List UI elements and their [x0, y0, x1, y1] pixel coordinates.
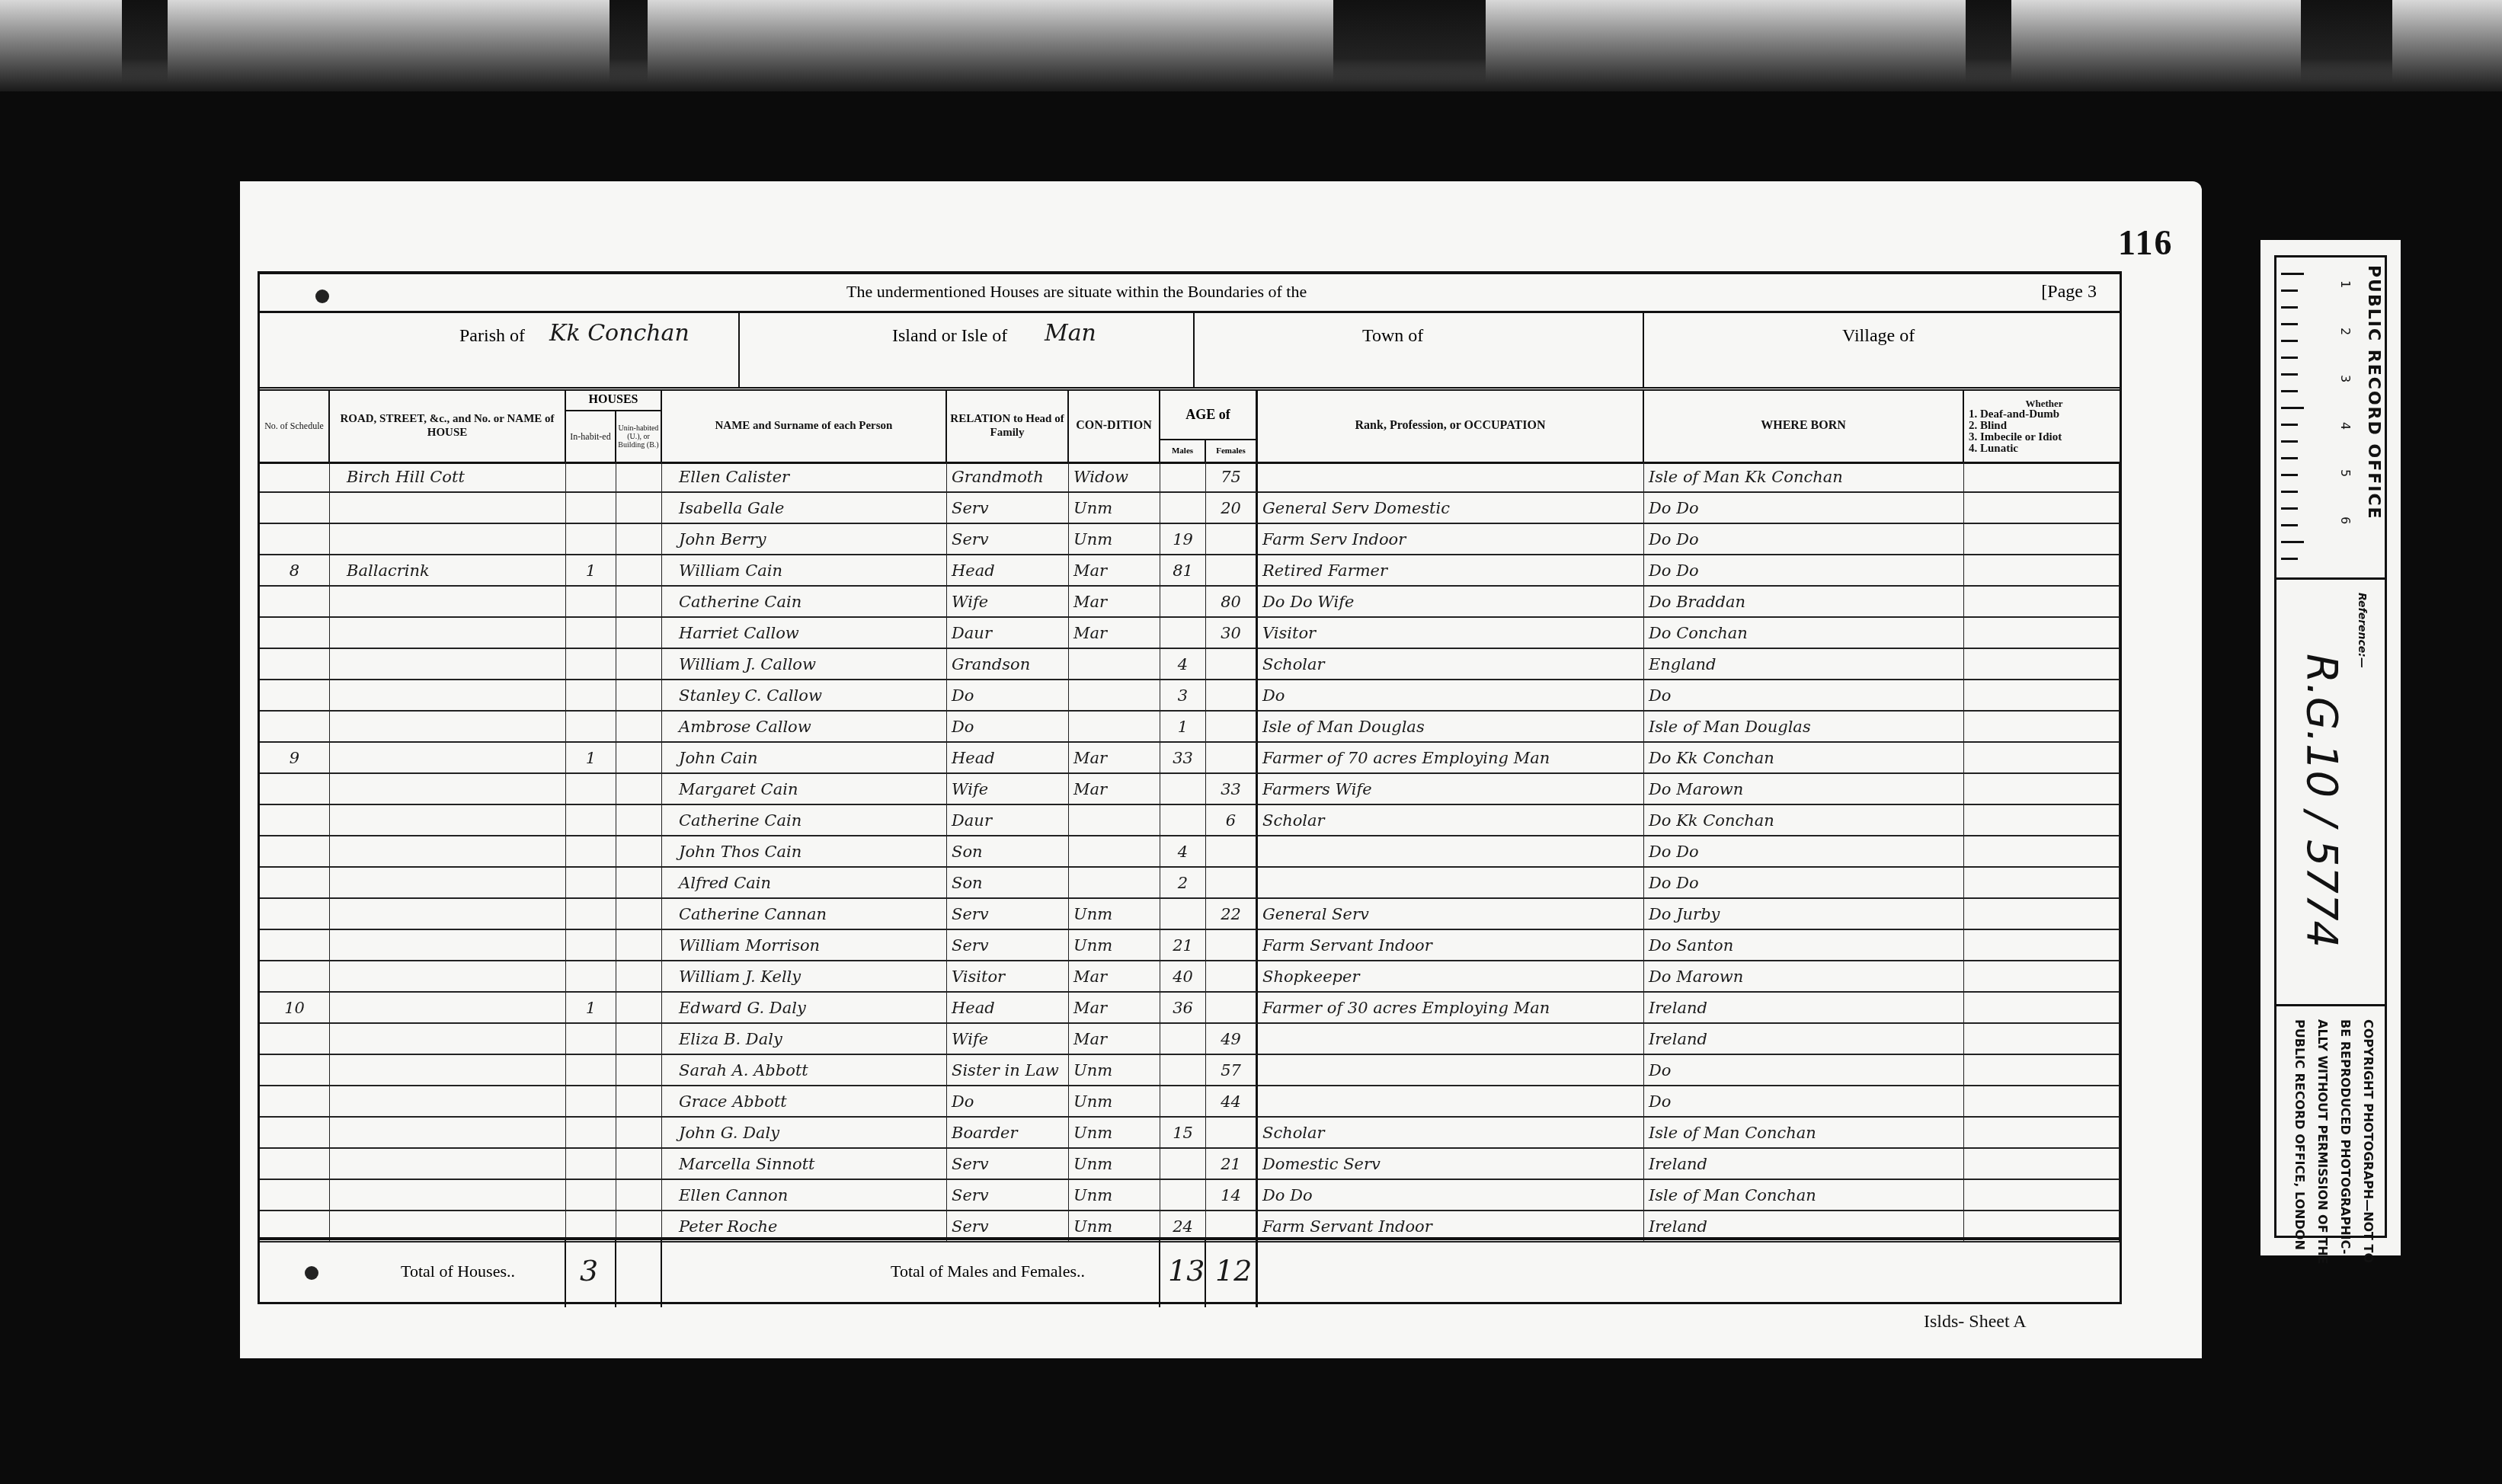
infirmity-cell	[1964, 680, 2120, 712]
col-age-females: Females	[1206, 440, 1258, 462]
schedule-cell	[260, 1149, 330, 1180]
infirmity-cell	[1964, 1149, 2120, 1180]
infirmity-cell	[1964, 493, 2120, 524]
relation-cell: Serv	[947, 1180, 1069, 1211]
inhabited-cell	[566, 618, 616, 649]
col-inhabited: In-habit-ed	[566, 411, 616, 462]
age-female-cell: 6	[1206, 805, 1258, 836]
inhabited-cell	[566, 493, 616, 524]
relation-cell: Visitor	[947, 961, 1069, 993]
where-born-cell: Do Santon	[1644, 930, 1964, 961]
occupation-cell	[1258, 868, 1644, 899]
person-name-cell: John Thos Cain	[662, 836, 947, 868]
age-male-cell	[1160, 1180, 1206, 1211]
uninhabited-cell	[616, 493, 662, 524]
table-row: 8Ballacrink1William CainHeadMar81Retired…	[260, 555, 2120, 587]
person-name-cell: Catherine Cain	[662, 805, 947, 836]
age-male-cell: 36	[1160, 993, 1206, 1024]
scale-tick	[2281, 373, 2298, 376]
road-cell	[330, 993, 566, 1024]
infirmity-cell	[1964, 618, 2120, 649]
uninhabited-cell	[616, 1086, 662, 1118]
person-name-cell: Edward G. Daly	[662, 993, 947, 1024]
scale-tick	[2281, 558, 2298, 560]
uninhabited-cell	[616, 649, 662, 680]
background-streak	[1966, 0, 2011, 84]
where-born-cell: Do	[1644, 1086, 1964, 1118]
condition-cell: Mar	[1069, 961, 1160, 993]
relation-cell: Wife	[947, 1024, 1069, 1055]
condition-cell: Unm	[1069, 1118, 1160, 1149]
person-name-cell: Eliza B. Daly	[662, 1024, 947, 1055]
age-male-cell	[1160, 618, 1206, 649]
background-streak	[122, 0, 168, 84]
road-cell	[330, 774, 566, 805]
road-cell	[330, 899, 566, 930]
schedule-cell	[260, 649, 330, 680]
road-cell	[330, 1055, 566, 1086]
age-male-cell: 1	[1160, 712, 1206, 743]
condition-cell: Unm	[1069, 1086, 1160, 1118]
age-male-cell	[1160, 1055, 1206, 1086]
inhabited-cell	[566, 836, 616, 868]
infirmity-option: 1. Deaf-and-Dumb	[1969, 409, 2059, 421]
infirmity-cell	[1964, 743, 2120, 774]
inhabited-cell: 1	[566, 555, 616, 587]
uninhabited-cell	[616, 1180, 662, 1211]
occupation-cell: Do Do Wife	[1258, 587, 1644, 618]
where-born-cell: England	[1644, 649, 1964, 680]
person-name-cell: Sarah A. Abbott	[662, 1055, 947, 1086]
scale-tick	[2281, 289, 2298, 292]
inhabited-cell	[566, 899, 616, 930]
relation-cell: Wife	[947, 774, 1069, 805]
scale-tick	[2281, 524, 2298, 526]
age-male-cell	[1160, 899, 1206, 930]
where-born-cell: Do Braddan	[1644, 587, 1964, 618]
infirmity-cell	[1964, 712, 2120, 743]
scale-tick	[2281, 340, 2298, 342]
total-females-cell: 12	[1206, 1240, 1258, 1307]
parish-value: Kk Conchan	[549, 320, 689, 347]
relation-cell: Serv	[947, 899, 1069, 930]
form-title: The undermentioned Houses are situate wi…	[846, 282, 1307, 302]
scale-tick	[2281, 474, 2298, 476]
schedule-cell	[260, 1086, 330, 1118]
inhabited-cell	[566, 805, 616, 836]
condition-cell: Unm	[1069, 493, 1160, 524]
copyright-line: BE REPRODUCED PHOTOGRAPHIC-	[2338, 1019, 2353, 1254]
copyright-divider	[2276, 1004, 2385, 1006]
sheet-label: Islds- Sheet A	[1924, 1312, 2027, 1332]
person-name-cell: Stanley C. Callow	[662, 680, 947, 712]
table-row: Marcella SinnottServUnm21Domestic ServIr…	[260, 1149, 2120, 1180]
person-name-cell: Harriet Callow	[662, 618, 947, 649]
where-born-cell: Do Do	[1644, 555, 1964, 587]
age-female-cell	[1206, 961, 1258, 993]
village-label: Village of	[1842, 326, 1915, 347]
condition-cell	[1069, 649, 1160, 680]
person-name-cell: Marcella Sinnott	[662, 1149, 947, 1180]
occupation-cell: Isle of Man Douglas	[1258, 712, 1644, 743]
age-female-cell	[1206, 524, 1258, 555]
occupation-cell: Domestic Serv	[1258, 1149, 1644, 1180]
occupation-cell: Farmers Wife	[1258, 774, 1644, 805]
schedule-cell	[260, 1055, 330, 1086]
occupation-cell: General Serv	[1258, 899, 1644, 930]
where-born-cell: Do Conchan	[1644, 618, 1964, 649]
where-born-cell: Ireland	[1644, 1149, 1964, 1180]
age-female-cell	[1206, 649, 1258, 680]
uninhabited-cell	[616, 930, 662, 961]
where-born-cell: Do	[1644, 680, 1964, 712]
relation-cell: Grandmoth	[947, 462, 1069, 493]
road-cell	[330, 836, 566, 868]
uninhabited-cell	[616, 899, 662, 930]
scale-tick	[2281, 390, 2298, 392]
age-male-cell: 33	[1160, 743, 1206, 774]
person-name-cell: John Berry	[662, 524, 947, 555]
age-female-cell: 75	[1206, 462, 1258, 493]
inhabited-cell	[566, 649, 616, 680]
col-where-born: WHERE BORN	[1644, 390, 1964, 462]
condition-cell	[1069, 868, 1160, 899]
age-male-cell: 81	[1160, 555, 1206, 587]
road-cell	[330, 587, 566, 618]
age-female-cell: 22	[1206, 899, 1258, 930]
inhabited-cell	[566, 712, 616, 743]
infirmity-cell	[1964, 805, 2120, 836]
occupation-cell	[1258, 1055, 1644, 1086]
age-male-cell: 40	[1160, 961, 1206, 993]
scale-tick	[2281, 457, 2298, 459]
inhabited-cell	[566, 930, 616, 961]
age-male-cell	[1160, 493, 1206, 524]
road-cell	[330, 493, 566, 524]
condition-cell: Unm	[1069, 524, 1160, 555]
road-cell	[330, 1024, 566, 1055]
page-number: 116	[2118, 222, 2173, 263]
uninhabited-cell	[616, 805, 662, 836]
col-relation: RELATION to Head of Family	[947, 390, 1069, 462]
road-cell	[330, 930, 566, 961]
form-title-row: The undermentioned Houses are situate wi…	[260, 274, 2120, 313]
reference-label: Reference:—	[2356, 593, 2368, 668]
condition-cell: Mar	[1069, 555, 1160, 587]
condition-cell: Mar	[1069, 774, 1160, 805]
inhabited-cell	[566, 868, 616, 899]
schedule-cell	[260, 899, 330, 930]
inhabited-cell	[566, 587, 616, 618]
schedule-cell	[260, 1118, 330, 1149]
uninhabited-cell	[616, 1055, 662, 1086]
total-houses-cell: 3	[566, 1240, 616, 1307]
top-background-glare	[0, 0, 2502, 91]
col-age-males: Males	[1160, 440, 1206, 462]
age-female-cell: 30	[1206, 618, 1258, 649]
infirmity-title: Whether	[2025, 398, 2062, 409]
occupation-cell: General Serv Domestic	[1258, 493, 1644, 524]
condition-cell: Unm	[1069, 1055, 1160, 1086]
scale-tick	[2281, 541, 2304, 543]
scale-number: 4	[2338, 422, 2353, 430]
infirmity-cell	[1964, 868, 2120, 899]
col-occupation: Rank, Profession, or OCCUPATION	[1258, 390, 1644, 462]
totals-row: Total of Houses.. 3 Total of Males and F…	[260, 1237, 2120, 1307]
occupation-cell: Retired Farmer	[1258, 555, 1644, 587]
village-field: Village of	[1644, 311, 2124, 387]
background-streak	[1333, 0, 1486, 84]
scale-number: 3	[2338, 375, 2353, 382]
total-uninhabited-cell	[616, 1240, 662, 1307]
infirmity-cell	[1964, 462, 2120, 493]
age-female-cell	[1206, 680, 1258, 712]
age-female-cell	[1206, 868, 1258, 899]
infirmity-cell	[1964, 587, 2120, 618]
where-born-cell: Do Do	[1644, 868, 1964, 899]
person-name-cell: Catherine Cain	[662, 587, 947, 618]
where-born-cell: Isle of Man Kk Conchan	[1644, 462, 1964, 493]
person-name-cell: John Cain	[662, 743, 947, 774]
schedule-cell	[260, 493, 330, 524]
table-row: Sarah A. AbbottSister in LawUnm57Do	[260, 1055, 2120, 1086]
age-male-cell	[1160, 774, 1206, 805]
occupation-cell	[1258, 462, 1644, 493]
island-value: Man	[1045, 320, 1096, 347]
inhabited-cell	[566, 1118, 616, 1149]
relation-cell: Do	[947, 712, 1069, 743]
total-houses-value: 3	[580, 1254, 598, 1287]
inhabited-cell	[566, 462, 616, 493]
age-female-cell: 49	[1206, 1024, 1258, 1055]
occupation-cell: Farmer of 70 acres Employing Man	[1258, 743, 1644, 774]
punch-hole	[305, 1266, 318, 1280]
inhabited-cell	[566, 1055, 616, 1086]
scale-tick	[2281, 424, 2298, 426]
uninhabited-cell	[616, 680, 662, 712]
uninhabited-cell	[616, 524, 662, 555]
island-field: Island or Isle of Man	[740, 311, 1195, 387]
condition-cell: Widow	[1069, 462, 1160, 493]
infirmity-cell	[1964, 555, 2120, 587]
age-female-cell: 21	[1206, 1149, 1258, 1180]
age-male-cell: 19	[1160, 524, 1206, 555]
age-male-cell	[1160, 1149, 1206, 1180]
col-age: AGE of	[1160, 390, 1258, 440]
infirmity-cell	[1964, 930, 2120, 961]
age-female-cell: 80	[1206, 587, 1258, 618]
relation-cell: Daur	[947, 805, 1069, 836]
table-row: Ambrose CallowDo1Isle of Man DouglasIsle…	[260, 712, 2120, 743]
relation-cell: Grandson	[947, 649, 1069, 680]
schedule-cell: 9	[260, 743, 330, 774]
total-persons-label-cell: Total of Males and Females..	[662, 1240, 1160, 1307]
age-male-cell: 15	[1160, 1118, 1206, 1149]
table-row: Catherine CainWifeMar80Do Do WifeDo Brad…	[260, 587, 2120, 618]
parish-label: Parish of	[459, 326, 525, 347]
reference-strip-frame: PUBLIC RECORD OFFICE 123456 Reference:— …	[2274, 255, 2387, 1238]
copyright-line: COPYRIGHT PHOTOGRAPH—NOT TO	[2361, 1019, 2376, 1263]
punch-hole	[315, 289, 329, 303]
age-female-cell	[1206, 743, 1258, 774]
relation-cell: Sister in Law	[947, 1055, 1069, 1086]
relation-cell: Do	[947, 1086, 1069, 1118]
road-cell	[330, 1118, 566, 1149]
schedule-cell	[260, 524, 330, 555]
age-female-cell: 57	[1206, 1055, 1258, 1086]
scale-tick	[2281, 357, 2298, 359]
reference-value: R.G.10 / 5774	[2297, 654, 2347, 948]
background-streak	[2301, 0, 2392, 84]
town-field: Town of	[1195, 311, 1644, 387]
condition-cell: Unm	[1069, 930, 1160, 961]
occupation-cell: Farmer of 30 acres Employing Man	[1258, 993, 1644, 1024]
person-name-cell: William J. Callow	[662, 649, 947, 680]
relation-cell: Do	[947, 680, 1069, 712]
col-road: ROAD, STREET, &c., and No. or NAME of HO…	[330, 390, 566, 462]
col-infirmity: Whether 1. Deaf-and-Dumb 2. Blind 3. Imb…	[1964, 390, 2120, 462]
inhabited-cell: 1	[566, 993, 616, 1024]
person-name-cell: William Morrison	[662, 930, 947, 961]
column-header-row: No. of Schedule ROAD, STREET, &c., and N…	[260, 390, 2120, 464]
where-born-cell: Do Do	[1644, 836, 1964, 868]
inhabited-cell	[566, 961, 616, 993]
occupation-cell: Scholar	[1258, 805, 1644, 836]
col-uninhabited: Unin-habited (U.), or Building (B.)	[616, 411, 662, 462]
condition-cell	[1069, 805, 1160, 836]
uninhabited-cell	[616, 1149, 662, 1180]
age-female-cell	[1206, 836, 1258, 868]
schedule-cell	[260, 930, 330, 961]
relation-cell: Boarder	[947, 1118, 1069, 1149]
person-name-cell: Ellen Calister	[662, 462, 947, 493]
inhabited-cell	[566, 1180, 616, 1211]
col-condition: CON-DITION	[1069, 390, 1160, 462]
where-born-cell: Do	[1644, 1055, 1964, 1086]
schedule-cell	[260, 1024, 330, 1055]
age-female-cell	[1206, 993, 1258, 1024]
age-male-cell: 2	[1160, 868, 1206, 899]
schedule-cell	[260, 774, 330, 805]
person-name-cell: Alfred Cain	[662, 868, 947, 899]
age-female-cell	[1206, 1118, 1258, 1149]
uninhabited-cell	[616, 993, 662, 1024]
person-name-cell: Ellen Cannon	[662, 1180, 947, 1211]
road-cell	[330, 712, 566, 743]
table-row: Alfred CainSon2Do Do	[260, 868, 2120, 899]
infirmity-option: 4. Lunatic	[1969, 443, 2018, 455]
occupation-cell: Scholar	[1258, 649, 1644, 680]
scale-number: 2	[2338, 328, 2353, 335]
table-row: 101Edward G. DalyHeadMar36Farmer of 30 a…	[260, 993, 2120, 1024]
total-males-cell: 13	[1160, 1240, 1206, 1307]
relation-cell: Wife	[947, 587, 1069, 618]
schedule-cell	[260, 712, 330, 743]
person-name-cell: William Cain	[662, 555, 947, 587]
condition-cell	[1069, 836, 1160, 868]
table-row: William J. CallowGrandson4ScholarEngland	[260, 649, 2120, 680]
scale-tick	[2281, 440, 2298, 443]
occupation-cell: Farm Serv Indoor	[1258, 524, 1644, 555]
uninhabited-cell	[616, 774, 662, 805]
total-persons-label: Total of Males and Females..	[891, 1262, 1085, 1281]
road-cell	[330, 649, 566, 680]
infirmity-option: 2. Blind	[1969, 421, 2007, 432]
record-office-title: PUBLIC RECORD OFFICE	[2364, 265, 2383, 520]
uninhabited-cell	[616, 555, 662, 587]
road-cell: Birch Hill Cott	[330, 462, 566, 493]
copyright-line: ALLY WITHOUT PERMISSION OF THE	[2315, 1019, 2330, 1264]
uninhabited-cell	[616, 1024, 662, 1055]
person-name-cell: Catherine Cannan	[662, 899, 947, 930]
uninhabited-cell	[616, 1118, 662, 1149]
scale-number: 6	[2338, 517, 2353, 524]
condition-cell: Unm	[1069, 1149, 1160, 1180]
schedule-cell: 8	[260, 555, 330, 587]
schedule-cell	[260, 836, 330, 868]
uninhabited-cell	[616, 712, 662, 743]
infirmity-cell	[1964, 649, 2120, 680]
relation-cell: Son	[947, 868, 1069, 899]
condition-cell: Mar	[1069, 587, 1160, 618]
relation-cell: Daur	[947, 618, 1069, 649]
infirmity-cell	[1964, 993, 2120, 1024]
table-row: Harriet CallowDaurMar30VisitorDo Conchan	[260, 618, 2120, 649]
parish-field: Parish of Kk Conchan	[260, 311, 740, 387]
age-female-cell	[1206, 555, 1258, 587]
where-born-cell: Do Jurby	[1644, 899, 1964, 930]
age-male-cell	[1160, 805, 1206, 836]
table-row: Margaret CainWifeMar33Farmers WifeDo Mar…	[260, 774, 2120, 805]
uninhabited-cell	[616, 868, 662, 899]
table-row: Catherine CainDaur6ScholarDo Kk Conchan	[260, 805, 2120, 836]
relation-cell: Head	[947, 555, 1069, 587]
table-row: William J. KellyVisitorMar40ShopkeeperDo…	[260, 961, 2120, 993]
infirmity-cell	[1964, 1086, 2120, 1118]
person-name-cell: Grace Abbott	[662, 1086, 947, 1118]
infirmity-cell	[1964, 774, 2120, 805]
age-male-cell: 4	[1160, 649, 1206, 680]
where-born-cell: Isle of Man Conchan	[1644, 1180, 1964, 1211]
infirmity-cell	[1964, 836, 2120, 868]
age-female-cell	[1206, 712, 1258, 743]
age-female-cell: 20	[1206, 493, 1258, 524]
copyright-line: PUBLIC RECORD OFFICE, LONDON	[2292, 1019, 2307, 1250]
road-cell	[330, 680, 566, 712]
table-row: John G. DalyBoarderUnm15ScholarIsle of M…	[260, 1118, 2120, 1149]
road-cell	[330, 1180, 566, 1211]
age-female-cell: 44	[1206, 1086, 1258, 1118]
age-male-cell: 21	[1160, 930, 1206, 961]
table-row: Isabella GaleServUnm20General Serv Domes…	[260, 493, 2120, 524]
where-born-cell: Do Do	[1644, 493, 1964, 524]
uninhabited-cell	[616, 587, 662, 618]
schedule-cell	[260, 961, 330, 993]
table-row: 91John CainHeadMar33Farmer of 70 acres E…	[260, 743, 2120, 774]
schedule-cell	[260, 1180, 330, 1211]
where-born-cell: Do Marown	[1644, 961, 1964, 993]
relation-cell: Head	[947, 743, 1069, 774]
infirmity-option: 3. Imbecile or Idiot	[1969, 432, 2062, 443]
infirmity-cell	[1964, 961, 2120, 993]
infirmity-cell	[1964, 1055, 2120, 1086]
road-cell	[330, 1086, 566, 1118]
where-born-cell: Do Kk Conchan	[1644, 805, 1964, 836]
inhabited-cell: 1	[566, 743, 616, 774]
condition-cell: Unm	[1069, 1180, 1160, 1211]
infirmity-cell	[1964, 1118, 2120, 1149]
background-streak	[610, 0, 648, 84]
